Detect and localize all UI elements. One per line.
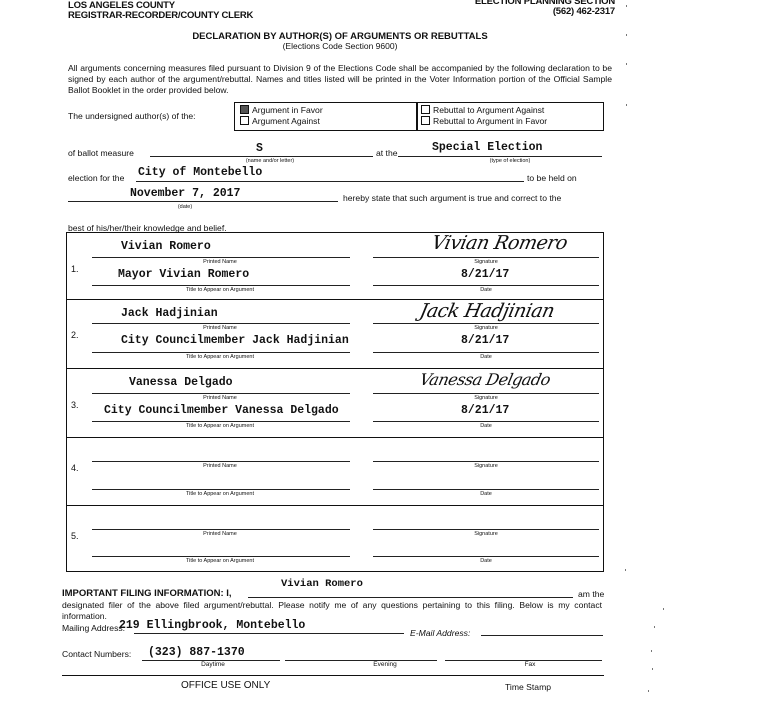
contact-numbers-label: Contact Numbers:	[62, 649, 131, 659]
option-label: Argument Against	[252, 116, 320, 126]
scan-speck	[626, 63, 627, 65]
signature-line	[373, 393, 599, 394]
scan-speck	[626, 5, 627, 7]
mailing-address-line	[134, 633, 404, 634]
author-signature[interactable]: Jack Hadjinian	[418, 300, 557, 322]
option-label: Rebuttal to Argument in Favor	[433, 116, 547, 126]
printed-name-line[interactable]	[92, 461, 350, 462]
election-date-caption: (date)	[170, 204, 200, 210]
scan-speck	[626, 104, 627, 106]
author-date[interactable]: 8/21/17	[461, 334, 509, 347]
election-for-label: election for the	[68, 173, 124, 183]
scan-speck	[651, 650, 652, 652]
signature-line	[373, 323, 599, 324]
signature-caption: Signature	[466, 463, 506, 469]
scan-speck	[625, 569, 626, 571]
date-caption: Date	[476, 423, 496, 429]
election-for-line	[136, 181, 524, 182]
option-argument-in-favor[interactable]: Argument in Favor	[240, 105, 323, 115]
author-title[interactable]: Mayor Vivian Romero	[118, 268, 249, 281]
election-type-caption: (type of election)	[480, 158, 540, 164]
intro-paragraph: All arguments concerning measures filed …	[68, 63, 612, 96]
author-signature[interactable]: Vanessa Delgado	[418, 370, 552, 389]
printed-name-caption: Printed Name	[190, 531, 250, 537]
printed-name-caption: Printed Name	[190, 395, 250, 401]
signature-line[interactable]	[373, 529, 599, 530]
date-caption: Date	[476, 491, 496, 497]
printed-name-caption: Printed Name	[190, 259, 250, 265]
date-line[interactable]	[373, 489, 599, 490]
election-date-value[interactable]: November 7, 2017	[130, 187, 240, 200]
author-number: 2.	[71, 330, 79, 340]
signature-caption: Signature	[466, 325, 506, 331]
am-the-label: am the	[578, 589, 604, 599]
printed-name-line	[92, 323, 350, 324]
title-caption: Title to Appear on Argument	[170, 287, 270, 293]
option-label: Rebuttal to Argument Against	[433, 105, 544, 115]
signature-caption: Signature	[466, 259, 506, 265]
checkbox-icon[interactable]	[421, 116, 430, 125]
mailing-address-label: Mailing Address:	[62, 623, 125, 633]
author-number: 5.	[71, 531, 79, 541]
author-number: 1.	[71, 264, 79, 274]
authors-table	[66, 232, 604, 572]
section-phone: (562) 462-2317	[475, 7, 615, 17]
date-caption: Date	[476, 287, 496, 293]
printed-name-line	[92, 393, 350, 394]
scan-speck	[654, 626, 655, 628]
election-type-line	[398, 156, 602, 157]
ballot-measure-line	[150, 156, 373, 157]
option-rebuttal-in-favor[interactable]: Rebuttal to Argument in Favor	[421, 116, 547, 126]
author-title[interactable]: City Councilmember Vanessa Delgado	[104, 404, 339, 417]
office-use-only: OFFICE USE ONLY	[181, 680, 270, 691]
ballot-measure-label: of ballot measure	[68, 148, 134, 158]
election-type-value[interactable]: Special Election	[432, 141, 542, 154]
ballot-measure-value[interactable]: S	[256, 142, 263, 155]
checkbox-icon[interactable]	[421, 105, 430, 114]
title-caption: Title to Appear on Argument	[170, 423, 270, 429]
scan-speck	[652, 668, 653, 670]
footer-divider	[62, 675, 604, 676]
date-line	[373, 421, 599, 422]
printed-name-line[interactable]	[92, 529, 350, 530]
section-info: ELECTION PLANNING SECTION (562) 462-2317	[475, 0, 615, 17]
row-divider	[66, 368, 604, 369]
filer-name-line	[248, 597, 573, 598]
signature-caption: Signature	[466, 531, 506, 537]
time-stamp-label: Time Stamp	[505, 682, 551, 692]
title-line	[92, 421, 350, 422]
option-rebuttal-against[interactable]: Rebuttal to Argument Against	[421, 105, 544, 115]
row-divider	[66, 505, 604, 506]
author-title[interactable]: City Councilmember Jack Hadjinian	[121, 334, 349, 347]
election-date-line	[68, 201, 338, 202]
filing-info-label: IMPORTANT FILING INFORMATION: I,	[62, 588, 232, 599]
date-line[interactable]	[373, 556, 599, 557]
evening-caption: Evening	[370, 661, 400, 668]
signature-caption: Signature	[466, 395, 506, 401]
author-printed-name[interactable]: Jack Hadjinian	[121, 307, 218, 320]
author-printed-name[interactable]: Vivian Romero	[121, 240, 211, 253]
printed-name-line	[92, 257, 350, 258]
date-caption: Date	[476, 558, 496, 564]
author-signature[interactable]: Vivian Romero	[430, 232, 570, 254]
signature-line[interactable]	[373, 461, 599, 462]
author-date[interactable]: 8/21/17	[461, 404, 509, 417]
held-on-label: to be held on	[527, 173, 577, 183]
scan-speck	[663, 608, 664, 610]
title-line	[92, 285, 350, 286]
filer-name-value[interactable]: Vivian Romero	[281, 578, 363, 590]
title-caption: Title to Appear on Argument	[170, 491, 270, 497]
author-number: 3.	[71, 400, 79, 410]
fax-caption: Fax	[520, 661, 540, 668]
email-line[interactable]	[481, 635, 603, 636]
argument-type-label: The undersigned author(s) of the:	[68, 111, 196, 121]
option-argument-against[interactable]: Argument Against	[240, 116, 320, 126]
email-label: E-Mail Address:	[410, 628, 470, 638]
scan-speck	[648, 690, 649, 692]
title-line[interactable]	[92, 489, 350, 490]
printed-name-caption: Printed Name	[190, 463, 250, 469]
date-line	[373, 285, 599, 286]
author-date[interactable]: 8/21/17	[461, 268, 509, 281]
title-caption: Title to Appear on Argument	[170, 558, 270, 564]
evening-phone-line[interactable]	[285, 660, 437, 661]
ballot-measure-caption: (name and/or letter)	[240, 158, 300, 164]
author-printed-name[interactable]: Vanessa Delgado	[129, 376, 233, 389]
daytime-caption: Daytime	[198, 661, 228, 668]
agency-line-2: REGISTRAR-RECORDER/COUNTY CLERK	[68, 11, 253, 21]
title-line[interactable]	[92, 556, 350, 557]
title-caption: Title to Appear on Argument	[170, 354, 270, 360]
true-and-correct-text: hereby state that such argument is true …	[343, 193, 561, 203]
signature-line	[373, 257, 599, 258]
option-label: Argument in Favor	[252, 105, 323, 115]
author-number: 4.	[71, 463, 79, 473]
election-for-value[interactable]: City of Montebello	[138, 166, 262, 179]
printed-name-caption: Printed Name	[190, 325, 250, 331]
daytime-phone-value[interactable]: (323) 887-1370	[148, 646, 245, 659]
agency-name: LOS ANGELES COUNTY REGISTRAR-RECORDER/CO…	[68, 1, 253, 21]
mailing-address-value[interactable]: 219 Ellingbrook, Montebello	[119, 619, 305, 632]
scan-speck	[626, 34, 627, 36]
title-line	[92, 352, 350, 353]
page-subtitle: (Elections Code Section 9600)	[60, 41, 620, 51]
date-caption: Date	[476, 354, 496, 360]
checkbox-checked-icon[interactable]	[240, 105, 249, 114]
row-divider	[66, 437, 604, 438]
date-line	[373, 352, 599, 353]
at-the-label: at the	[376, 148, 398, 158]
checkbox-icon[interactable]	[240, 116, 249, 125]
